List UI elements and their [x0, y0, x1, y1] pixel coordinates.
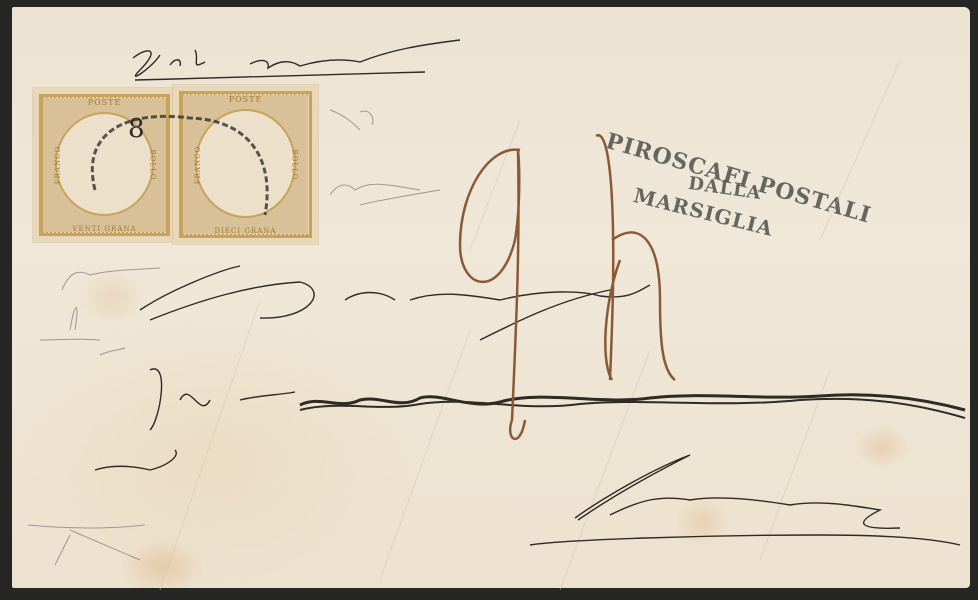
postmark-number: 8 — [128, 114, 145, 144]
stamp-bottom-text: DIECI GRANA — [173, 227, 318, 235]
stamp-dieci-grana: POSTE DIECI GRANA FRANCO BOLLO — [173, 85, 318, 244]
stamp-left-text: FRANCO — [54, 146, 62, 184]
stamp-right-text: BOLLO — [290, 149, 298, 180]
stamp-portrait-oval — [195, 109, 296, 218]
stamp-bottom-text: VENTI GRANA — [33, 225, 176, 233]
stamp-venti-grana: POSTE VENTI GRANA FRANCO BOLLO — [33, 88, 176, 242]
stamp-left-text: FRANCO — [194, 145, 202, 183]
stamp-top-text: POSTE — [33, 98, 176, 107]
stamp-right-text: BOLLO — [148, 149, 156, 180]
stamp-top-text: POSTE — [173, 95, 318, 104]
